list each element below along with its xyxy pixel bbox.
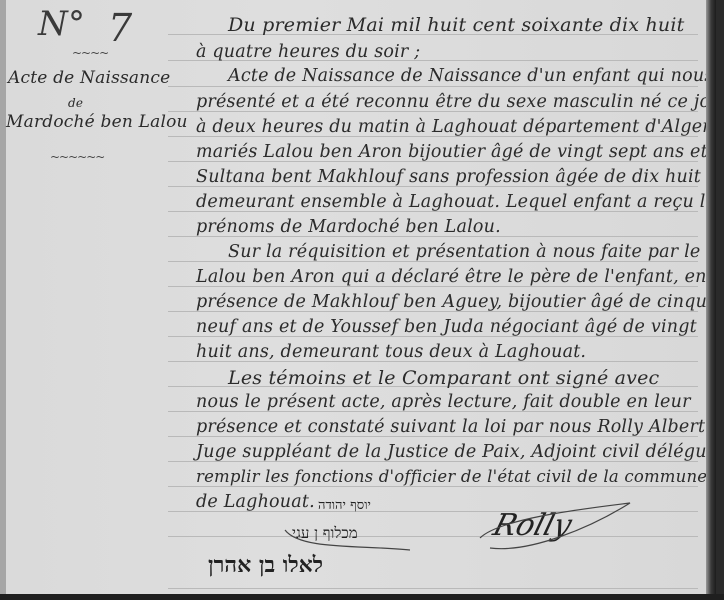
text-line: Acte de Naissance de Naissance d'un enfa… [228,66,716,86]
page-bottom-edge [0,594,724,600]
ruled-line [168,86,698,87]
text-line: Du premier Mai mil huit cent soixante di… [228,14,684,36]
ruled-line [168,588,698,589]
ruled-line [168,486,698,487]
text-line: de Laghouat. [196,492,315,512]
page-left-edge [0,0,6,596]
book-binding [706,0,716,596]
text-line: huit ans, demeurant tous deux à Laghouat… [196,342,586,362]
text-line: présence de Makhlouf ben Aguey, bijoutie… [196,292,716,312]
text-line: Lalou ben Aron qui a déclaré être le pèr… [196,267,707,287]
act-number-label: N° [38,4,85,44]
text-line: prénoms de Mardoché ben Lalou. [196,217,501,237]
margin-title-line2: Mardoché ben Lalou [6,112,188,132]
witness-signature-1: יוסף יהודה [318,497,371,513]
registry-page: N° 7 ~~~~ Acte de Naissance de Mardoché … [0,0,716,596]
text-line: nous le présent acte, après lecture, fai… [196,392,691,412]
margin-ornament-2: ~~~~~~ [50,150,104,164]
text-line: Juge suppléant de la Justice de Paix, Ad… [196,442,716,462]
act-number: 7 [108,6,132,50]
text-line: Sur la réquisition et présentation à nou… [228,242,716,262]
text-line: mariés Lalou ben Aron bijoutier âgé de v… [196,142,716,162]
signature-underline-icon [280,520,420,560]
text-line: demeurant ensemble à Laghouat. Lequel en… [196,192,716,212]
signature-flourish-icon [470,498,640,558]
margin-title-line1: Acte de Naissance [8,68,170,88]
text-line: présence et constaté suivant la loi par … [196,417,705,437]
text-line: Les témoins et le Comparant ont signé av… [228,367,659,389]
text-line: à deux heures du matin à Laghouat départ… [196,117,716,137]
text-line: neuf ans et de Youssef ben Juda négocian… [196,317,697,337]
text-line: présenté et a été reconnu être du sexe m… [196,92,716,112]
margin-ornament: ~~~~ [72,46,108,60]
text-line: Sultana bent Makhlouf sans profession âg… [196,167,716,187]
text-line: remplir les fonctions d'officier de l'ét… [196,467,716,486]
margin-title-de: de [68,96,83,110]
text-line: à quatre heures du soir ; [196,42,420,62]
